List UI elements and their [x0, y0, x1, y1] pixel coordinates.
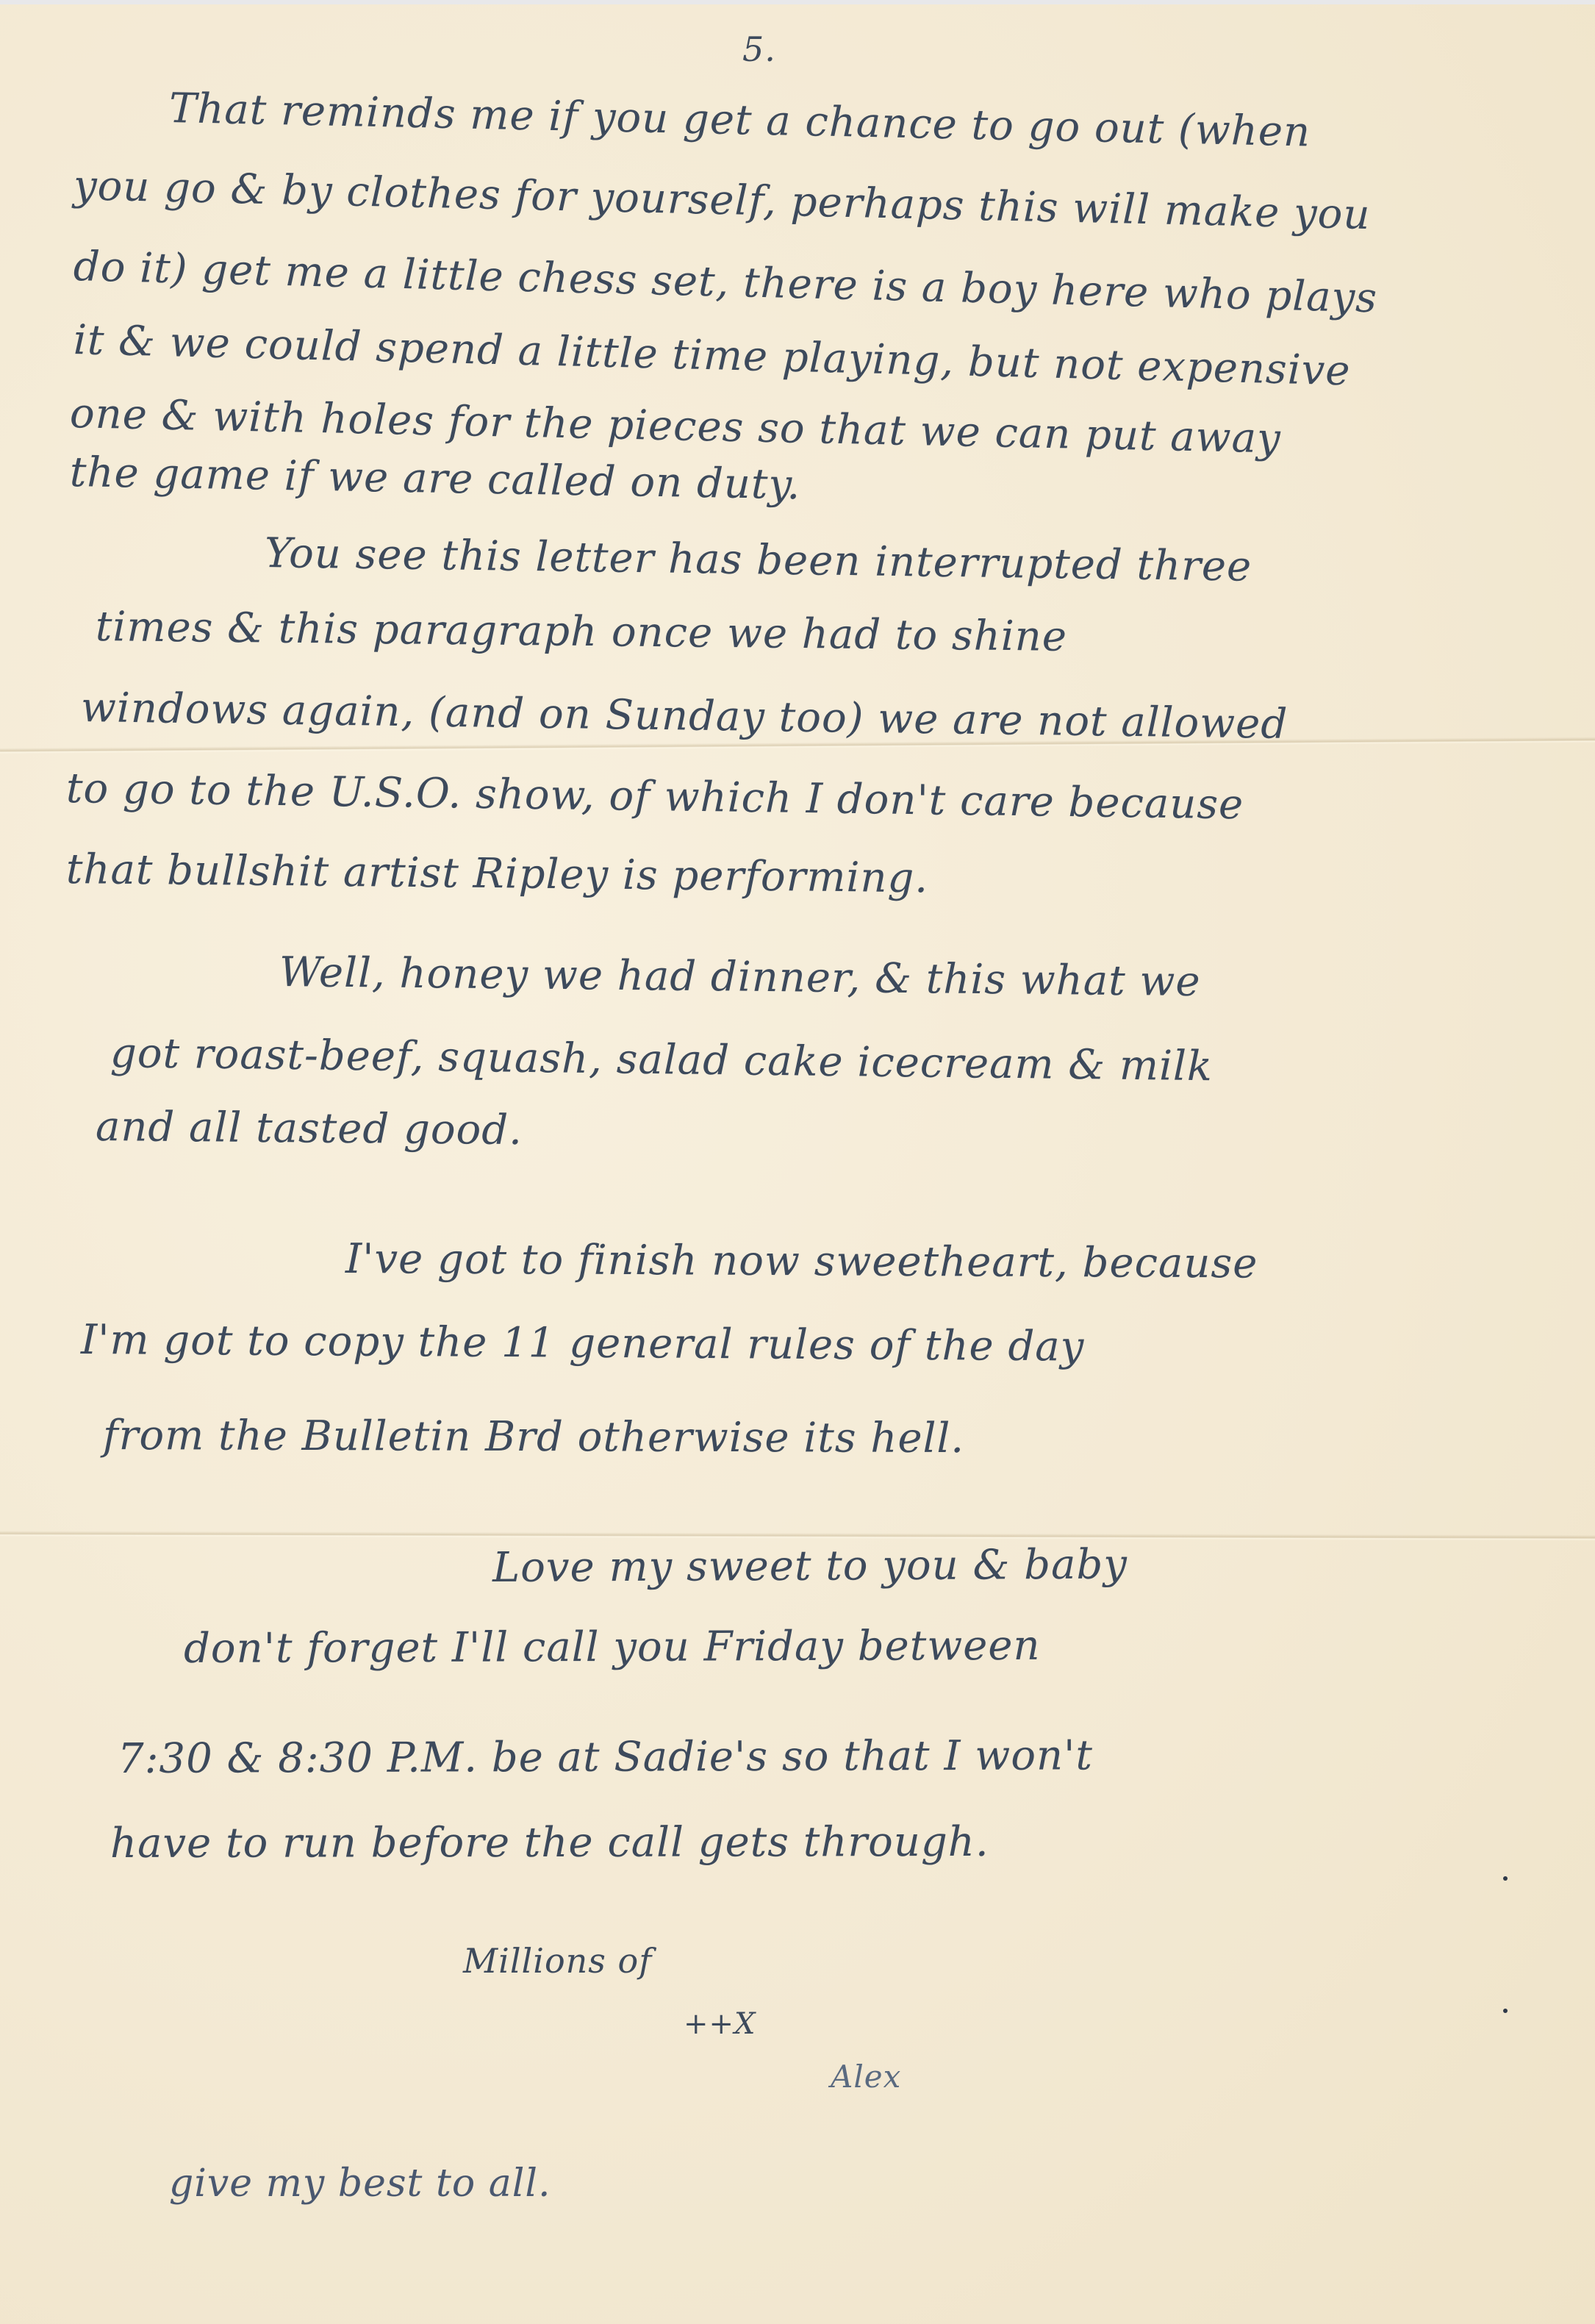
ink-dot — [1503, 1876, 1508, 1881]
letter-line: and all tasted good. — [96, 1103, 523, 1154]
letter-line: I'm got to copy the 11 general rules of … — [81, 1316, 1085, 1371]
closing-kisses: ++X — [684, 2007, 756, 2041]
letter-line: have to run before the call gets through… — [110, 1818, 989, 1867]
letter-line: Love my sweet to you & baby — [492, 1540, 1128, 1592]
ink-dot — [1503, 2009, 1508, 2013]
signature: Alex — [831, 2059, 901, 2095]
letter-line: don't forget I'll call you Friday betwee… — [184, 1622, 1041, 1673]
letter-line: I've got to finish now sweetheart, becau… — [345, 1235, 1258, 1287]
letter-line: times & this paragraph once we had to sh… — [96, 603, 1068, 661]
letter-line: that bullshit artist Ripley is performin… — [66, 845, 929, 902]
letter-line: 7:30 & 8:30 P.M. be at Sadie's so that I… — [118, 1731, 1093, 1783]
letter-line: from the Bulletin Brd otherwise its hell… — [103, 1412, 964, 1462]
paper-top-edge — [0, 0, 1595, 4]
letter-line: Well, honey we had dinner, & this what w… — [279, 948, 1201, 1006]
closing-line: Millions of — [463, 1941, 652, 1981]
postscript: give my best to all. — [169, 2162, 551, 2206]
page-number: 5. — [742, 29, 776, 69]
